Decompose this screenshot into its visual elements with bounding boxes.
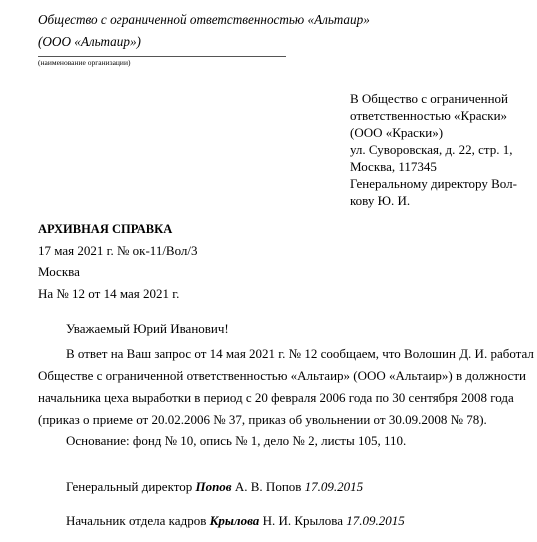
body-line: В ответ на Ваш запрос от 14 мая 2021 г. … [38, 343, 505, 365]
signature-name: Н. И. Крылова [263, 513, 343, 528]
signature-position: Генеральный директор [66, 479, 192, 494]
addressee-line: (ООО «Краски») [350, 124, 517, 141]
signature-date: 17.09.2015 [305, 479, 364, 494]
signature-line-director: Генеральный директор Попов А. В. Попов 1… [66, 479, 363, 495]
signature-line-hr-head: Начальник отдела кадров Крылова Н. И. Кр… [66, 513, 405, 529]
document-reference: На № 12 от 14 мая 2021 г. [38, 286, 179, 302]
signature-position: Начальник отдела кадров [66, 513, 206, 528]
signature-autograph: Попов [195, 479, 231, 494]
addressee-line: Москва, 117345 [350, 158, 517, 175]
addressee-line: Генеральному директору Вол- [350, 175, 517, 192]
letter-greeting: Уважаемый Юрий Иванович! [66, 321, 229, 337]
document-city: Москва [38, 264, 80, 280]
letter-body: В ответ на Ваш запрос от 14 мая 2021 г. … [38, 343, 505, 431]
body-line: (приказ о приеме от 20.02.2006 № 37, при… [38, 409, 505, 431]
addressee-line: кову Ю. И. [350, 192, 517, 209]
organization-name: Общество с ограниченной ответственностью… [38, 12, 370, 28]
addressee-block: В Общество с ограниченной ответственност… [350, 90, 517, 209]
letter-basis: Основание: фонд № 10, опись № 1, дело № … [66, 433, 406, 449]
organization-short-name: (ООО «Альтаир») [38, 34, 141, 50]
addressee-line: ул. Суворовская, д. 22, стр. 1, [350, 141, 517, 158]
signature-autograph: Крылова [210, 513, 260, 528]
addressee-line: ответственностью «Краски» [350, 107, 517, 124]
signature-date: 17.09.2015 [346, 513, 405, 528]
addressee-line: В Общество с ограниченной [350, 90, 517, 107]
body-line: начальника цеха выработки в период с 20 … [38, 387, 505, 409]
organization-caption: (наименование организации) [38, 58, 130, 67]
organization-underline [38, 56, 286, 57]
body-line: Обществе с ограниченной ответственностью… [38, 365, 505, 387]
signature-name: А. В. Попов [235, 479, 302, 494]
document-title: АРХИВНАЯ СПРАВКА [38, 222, 172, 237]
document-date-number: 17 мая 2021 г. № ок-11/Вол/3 [38, 243, 198, 259]
